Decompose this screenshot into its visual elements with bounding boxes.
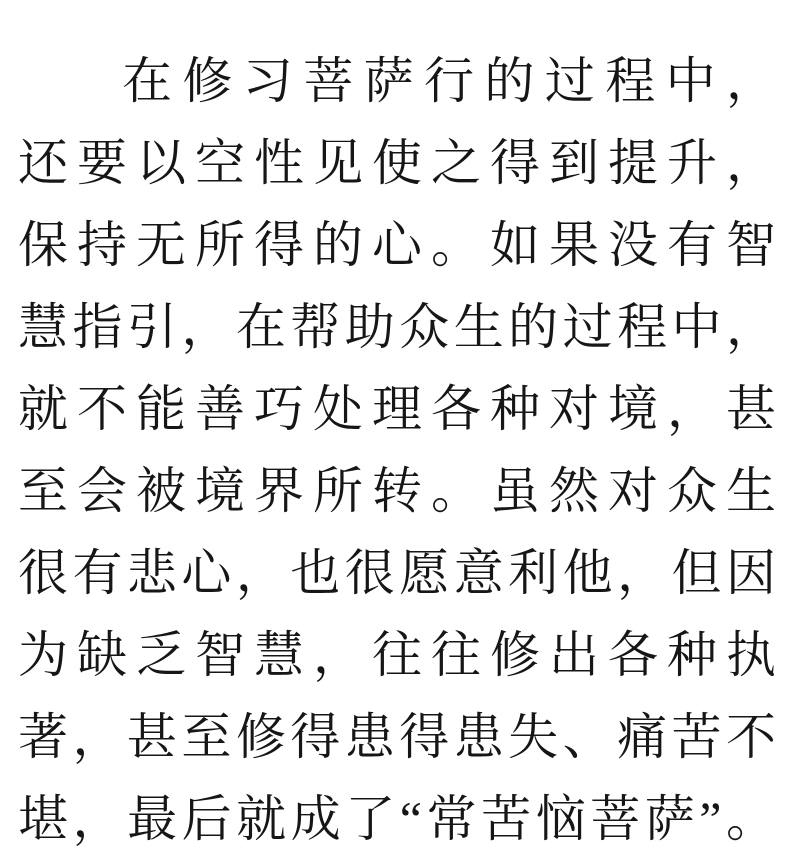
text-line: 堪，最后就成了“常苦恼菩萨”。 <box>18 778 776 859</box>
text-line: 在修习菩萨行的过程中， <box>18 40 776 122</box>
text-line: 至会被境界所转。虽然对众生 <box>18 450 776 532</box>
text-line: 著，甚至修得患得患失、痛苦不 <box>18 696 776 778</box>
text-line: 很有悲心，也很愿意利他，但因 <box>18 532 776 614</box>
text-line: 为缺乏智慧，往往修出各种执 <box>18 614 776 696</box>
text-line: 保持无所得的心。如果没有智 <box>18 204 776 286</box>
paragraph: 在修习菩萨行的过程中， 还要以空性见使之得到提升， 保持无所得的心。如果没有智 … <box>18 40 776 859</box>
text-page: 在修习菩萨行的过程中， 还要以空性见使之得到提升， 保持无所得的心。如果没有智 … <box>0 0 794 859</box>
text-line: 慧指引，在帮助众生的过程中， <box>18 286 776 368</box>
text-line: 还要以空性见使之得到提升， <box>18 122 776 204</box>
text-line: 就不能善巧处理各种对境，甚 <box>18 368 776 450</box>
